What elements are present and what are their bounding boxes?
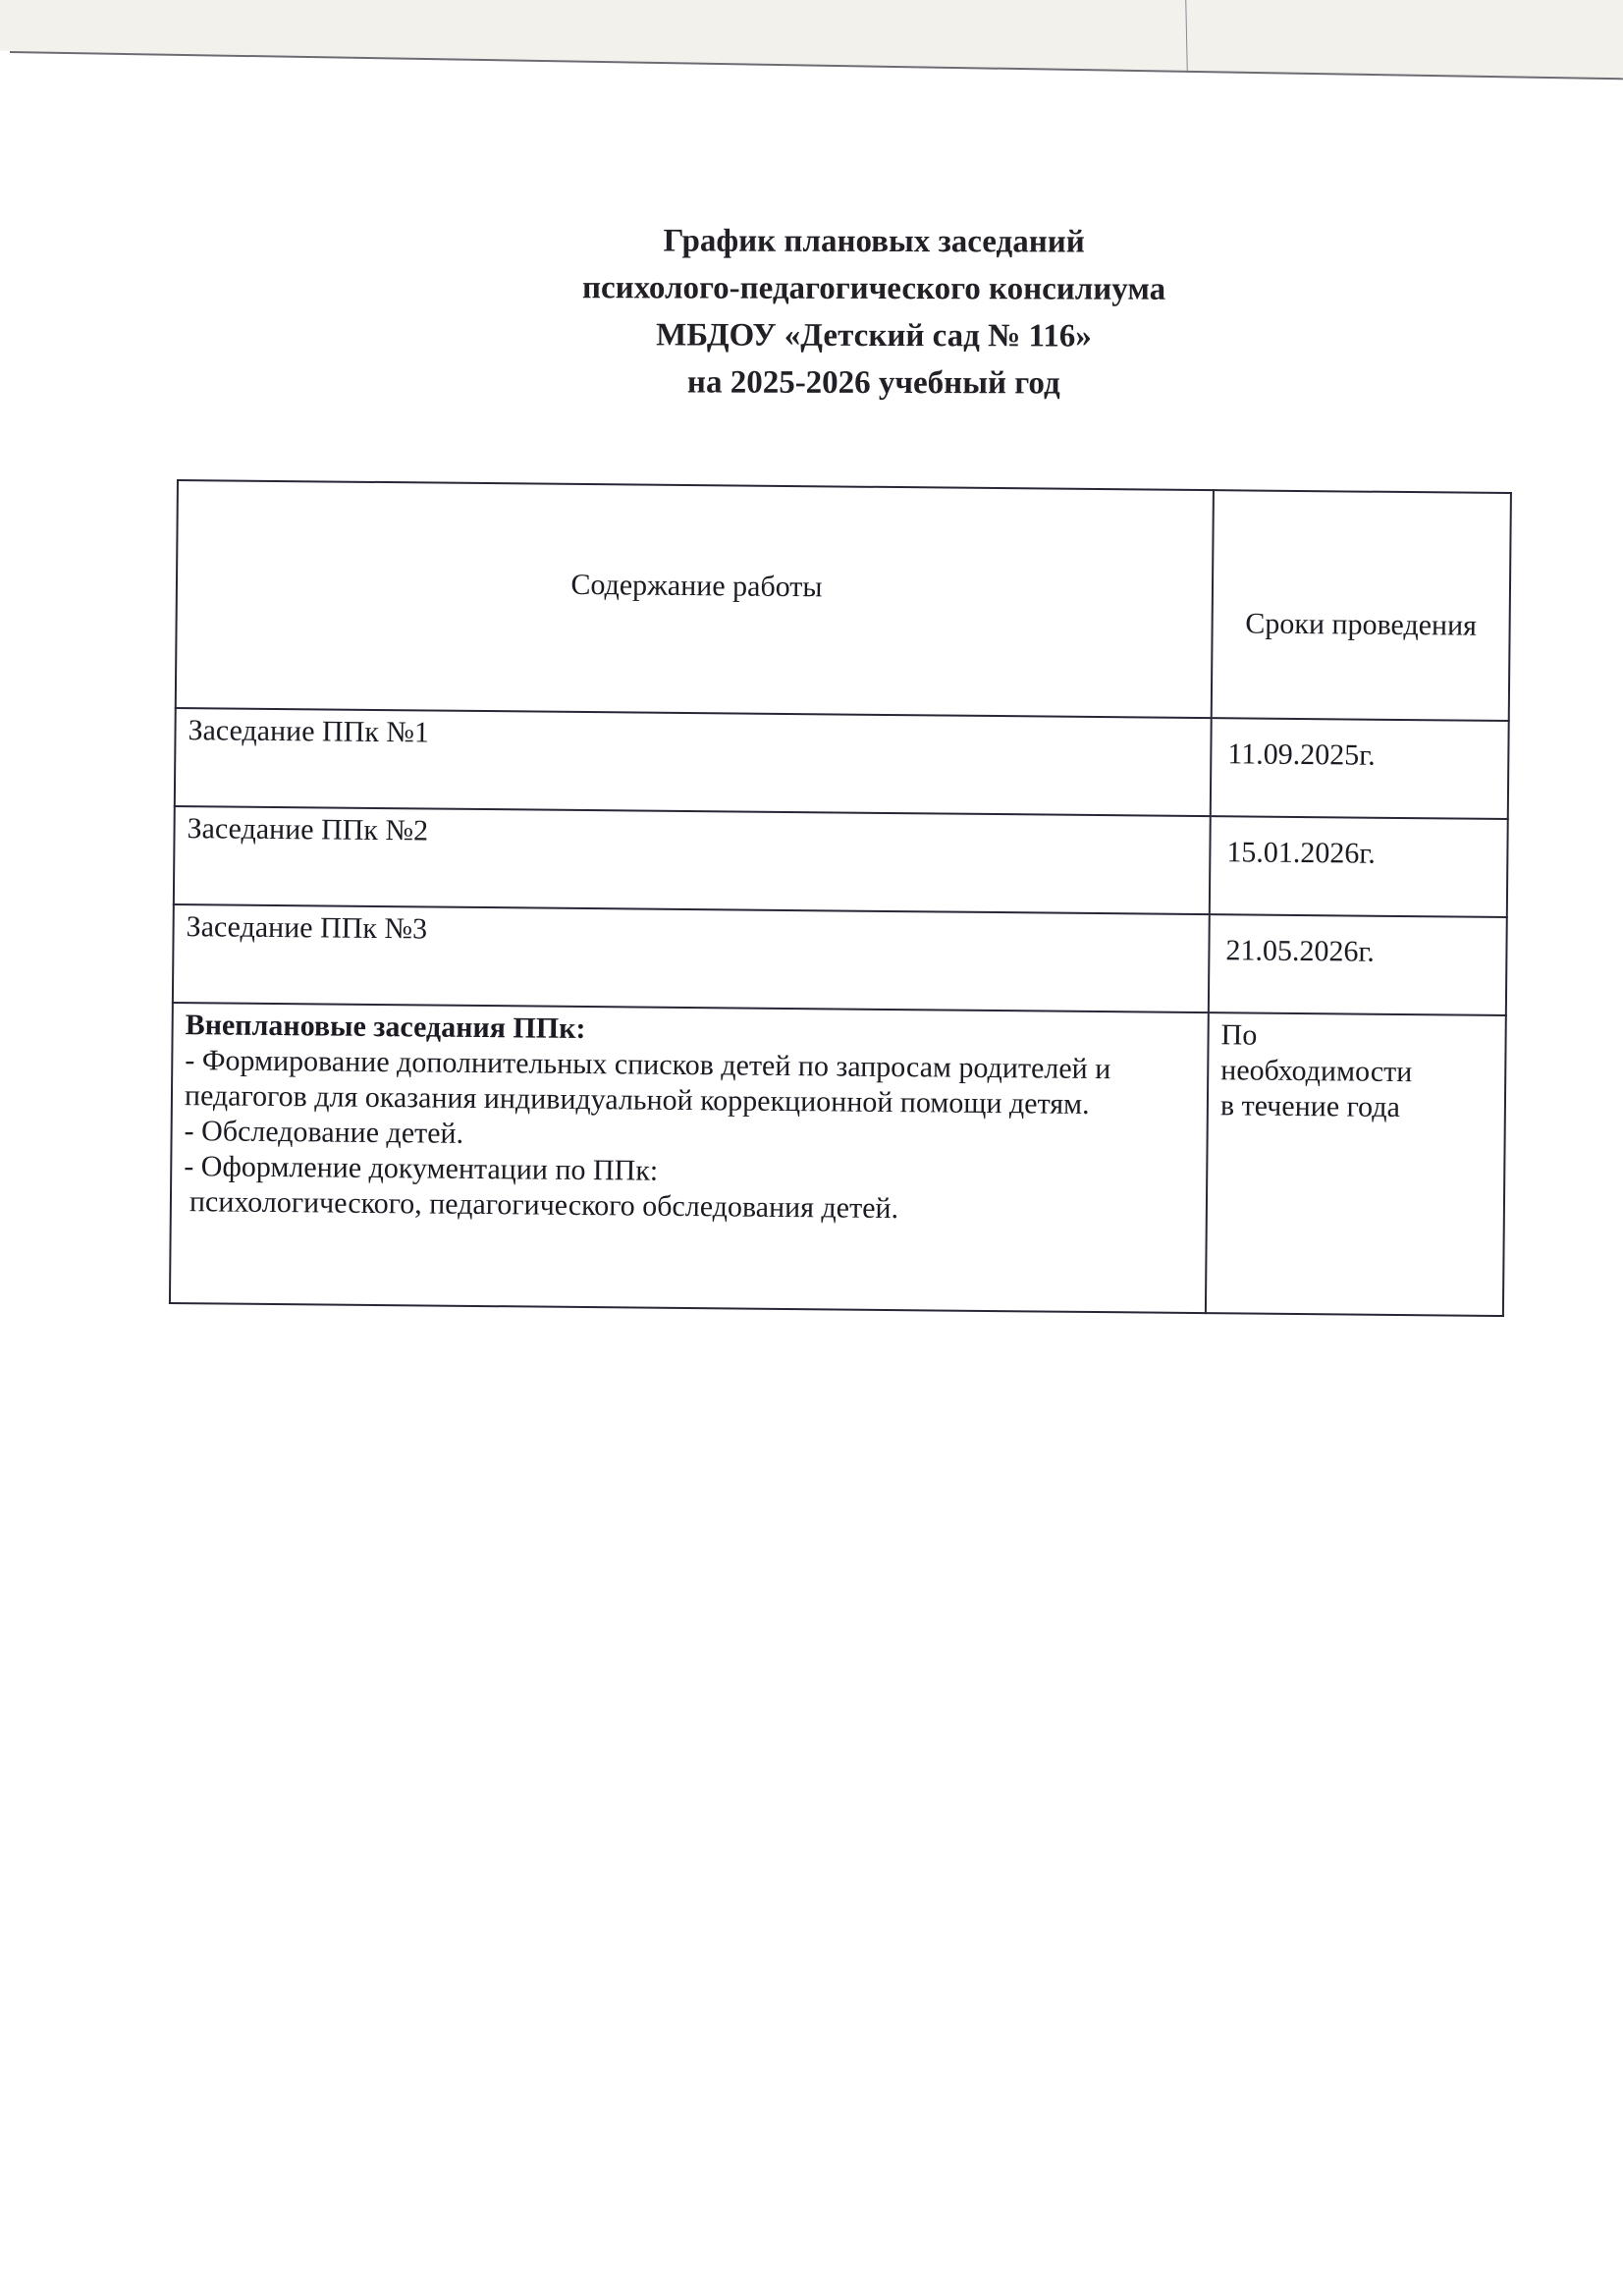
title-line: на 2025-2026 учебный год [0,357,1623,410]
title-line: психолого-педагогического консилиума [0,263,1623,315]
scanner-background [0,0,1623,118]
schedule-table: Содержание работы Сроки проведения Засед… [169,479,1510,1317]
document-title: График плановых заседаний психолого-педа… [0,216,1623,410]
table-header-row: Содержание работы Сроки проведения [176,480,1511,721]
row-content: Заседание ППк №1 [175,708,1212,816]
table-row: Заседание ППк №2 15.01.2026г. [174,806,1508,917]
row-date: 15.01.2026г. [1210,816,1508,917]
unplanned-timing: По необходимости в течение года [1206,1012,1506,1316]
header-content: Содержание работы [176,480,1214,718]
row-date: 21.05.2026г. [1209,914,1507,1015]
table-row: Заседание ППк №1 11.09.2025г. [175,708,1509,819]
row-date: 11.09.2025г. [1211,718,1509,819]
unplanned-item: - Формирование дополнительных списков де… [185,1043,1200,1123]
unplanned-content: Внеплановые заседания ППк: - Формировани… [170,1003,1209,1313]
timing-line: необходимости [1220,1053,1496,1091]
row-content: Заседание ППк №3 [173,904,1210,1012]
timing-line: По [1220,1017,1496,1056]
header-dates-label: Сроки проведения [1245,607,1477,641]
table-row-unplanned: Внеплановые заседания ППк: - Формировани… [170,1003,1506,1316]
row-content: Заседание ППк №2 [174,806,1211,914]
header-dates: Сроки проведения [1212,490,1511,721]
table-row: Заседание ППк №3 21.05.2026г. [173,904,1507,1015]
timing-line: в течение года [1220,1088,1496,1126]
title-line: МБДОУ «Детский сад № 116» [0,310,1623,362]
title-line: График плановых заседаний [0,216,1623,268]
